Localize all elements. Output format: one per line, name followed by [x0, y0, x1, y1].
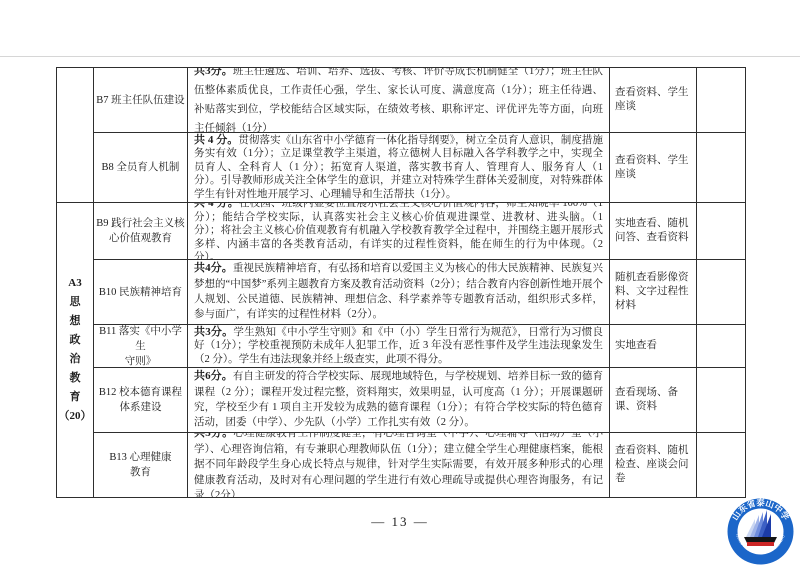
page-boundary-rule	[0, 56, 800, 57]
section-line: 思	[70, 293, 81, 312]
score-label: 共3分。	[194, 326, 233, 338]
row-b12-method: 查看现场、备课、资料	[610, 368, 697, 433]
document-page: A3 思 想 政 治 教 育 （20） B7 班主任队伍建设 共3分。班主任遴选…	[0, 0, 800, 565]
row-b8-method: 查看资料、学生座谈	[610, 133, 697, 203]
row-b11-criteria: 共3分。学生熟知《中小学生守则》和《中（小）学生日常行为规范》，日常行为习惯良好…	[188, 325, 610, 368]
row-b13-code: B13 心理健康 教育	[94, 433, 188, 498]
score-label: 共4分。	[194, 262, 233, 274]
section-line: 治	[70, 350, 81, 369]
row-b7-criteria: 共3分。班主任遴选、培训、培养、选拔、考核、评价等成长机制健全（1分）；班主任队…	[188, 68, 610, 133]
row-b11-code: B11 落实《中小学生 守则》	[94, 325, 188, 368]
row-b8-criteria: 共 4 分。贯彻落实《山东省中小学德育一体化指导纲要》，树立全员育人意识，制度措…	[188, 133, 610, 203]
criteria-text: 在校园、班级内显要位置展示社会主义核心价值观内容，师生知晓率 100%（1 分）…	[194, 203, 603, 260]
row-b11-method: 实地查看	[610, 325, 697, 368]
row-b12-criteria: 共6分。有自主研发的符合学校实际、展现地域特色，与学校规划、培养目标一致的德育课…	[188, 368, 610, 433]
section-line: A3	[68, 274, 81, 293]
row-b13-method: 查看资料、随机检查、座谈会问卷	[610, 433, 697, 498]
criteria-text: 有自主研发的符合学校实际、展现地域特色，与学校规划、培养目标一致的德育课程（2 …	[194, 371, 603, 428]
school-badge-logo: 山东省泰山中学 TAISHAN MIDDLE SCHOOL SHANDONG	[727, 498, 794, 565]
section-line: （20）	[59, 407, 92, 426]
section-line: 教	[70, 369, 81, 388]
section-cell-a3: A3 思 想 政 治 教 育 （20）	[57, 203, 94, 498]
row-b9-method: 实地查看、随机问答、查看资料	[610, 203, 697, 260]
row-b8-score-blank	[697, 133, 746, 203]
criteria-text: 学生熟知《中小学生守则》和《中（小）学生日常行为规范》，日常行为习惯良好（1分）…	[194, 327, 603, 365]
row-b7-score-blank	[697, 68, 746, 133]
row-b9-code: B9 践行社会主义核 心价值观教育	[94, 203, 188, 260]
score-label: 共 4 分。	[194, 134, 238, 146]
row-b13-score-blank	[697, 433, 746, 498]
row-b12-code: B12 校本德育课程 体系建设	[94, 368, 188, 433]
score-label: 共3分。	[194, 68, 233, 77]
row-b10-score-blank	[697, 260, 746, 325]
section-cell-empty	[57, 68, 94, 203]
evaluation-table: A3 思 想 政 治 教 育 （20） B7 班主任队伍建设 共3分。班主任遴选…	[56, 67, 746, 498]
section-line: 育	[70, 388, 81, 407]
row-b12-score-blank	[697, 368, 746, 433]
school-badge-icon: 山东省泰山中学 TAISHAN MIDDLE SCHOOL SHANDONG	[727, 498, 794, 565]
row-b13-criteria: 共3分。心理健康教育工作制度健全，有心理咨询室（中学）、心理辅导（活动）室（小学…	[188, 433, 610, 498]
row-b7-code: B7 班主任队伍建设	[94, 68, 188, 133]
section-line: 想	[70, 312, 81, 331]
row-b11-score-blank	[697, 325, 746, 368]
row-b9-criteria: 共 4 分。在校园、班级内显要位置展示社会主义核心价值观内容，师生知晓率 100…	[188, 203, 610, 260]
row-b9-score-blank	[697, 203, 746, 260]
section-line: 政	[70, 331, 81, 350]
row-b8-code: B8 全员育人机制	[94, 133, 188, 203]
score-label: 共6分。	[194, 370, 233, 382]
row-b7-method: 查看资料、学生座谈	[610, 68, 697, 133]
criteria-text: 贯彻落实《山东省中小学德育一体化指导纲要》，树立全员育人意识，制度措施务实有效（…	[194, 135, 603, 200]
score-label: 共3分。	[194, 433, 233, 439]
row-b10-method: 随机查看影像资料、文字过程性材料	[610, 260, 697, 325]
page-number: — 13 —	[0, 514, 800, 530]
criteria-text: 心理健康教育工作制度健全，有心理咨询室（中学）、心理辅导（活动）室（小学）、心理…	[194, 433, 603, 498]
score-label: 共 4 分。	[194, 203, 239, 209]
criteria-text: 重视民族精神培育，有弘扬和培育以爱国主义为核心的伟大民族精神、民族复兴梦想的“中…	[194, 263, 603, 320]
row-b10-criteria: 共4分。重视民族精神培育，有弘扬和培育以爱国主义为核心的伟大民族精神、民族复兴梦…	[188, 260, 610, 325]
row-b10-code: B10 民族精神培育	[94, 260, 188, 325]
criteria-text: 班主任遴选、培训、培养、选拔、考核、评价等成长机制健全（1分）；班主任队伍整体素…	[194, 68, 603, 133]
